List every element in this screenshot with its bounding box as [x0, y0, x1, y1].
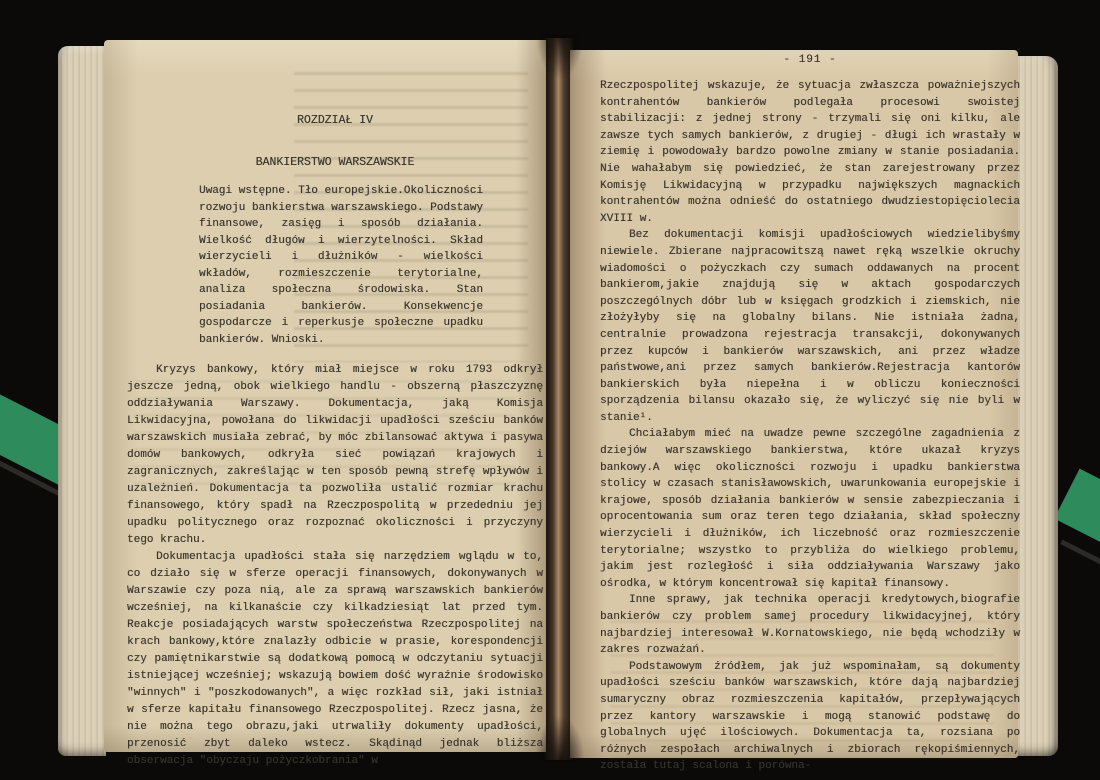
paragraph: Chciałabym mieć na uwadze pewne szczegól… [600, 426, 1020, 592]
left-page-body: Kryzys bankowy, który miał miejsce w rok… [127, 362, 543, 770]
strap-shadow-right [1060, 540, 1100, 590]
paragraph: Kryzys bankowy, który miał miejsce w rok… [127, 362, 543, 549]
gutter-fold [544, 38, 574, 760]
left-page-content: ROZDZIAŁ IV BANKIERSTWO WARSZAWSKIE Uwag… [127, 40, 543, 770]
left-page-edge-stack [58, 46, 106, 756]
paragraph: Rzeczpospolitej wskazuje, że sytuacja zw… [600, 78, 1020, 227]
left-page: ROZDZIAŁ IV BANKIERSTWO WARSZAWSKIE Uwag… [104, 40, 546, 752]
gutter-shadow-bottom [536, 716, 584, 762]
paragraph: Inne sprawy, jak technika operacji kredy… [600, 592, 1020, 658]
right-page-body: Rzeczpospolitej wskazuje, że sytuacja zw… [600, 78, 1020, 775]
paragraph: Bez dokumentacji komisji upadłościowych … [600, 227, 1020, 426]
right-page: - 191 - Rzeczpospolitej wskazuje, że syt… [570, 50, 1018, 758]
page-number: - 191 - [600, 50, 1020, 66]
gutter-shadow-top [536, 34, 584, 80]
chapter-title: BANKIERSTWO WARSZAWSKIE [127, 156, 543, 169]
right-page-content: - 191 - Rzeczpospolitej wskazuje, że syt… [600, 50, 1020, 775]
chapter-heading: ROZDZIAŁ IV [127, 40, 543, 127]
photographed-book-scan: { "scene": { "background_color": "#0b0a0… [0, 0, 1100, 780]
paragraph: Dokumentacja upadłości stała się narzędz… [127, 549, 543, 770]
right-page-edge-stack [1016, 56, 1058, 756]
chapter-abstract: Uwagi wstępne. Tło europejskie.Okoliczno… [199, 183, 483, 348]
green-strap-right [1054, 469, 1100, 560]
paragraph: Podstawowym źródłem, jak już wspominałam… [600, 659, 1020, 775]
